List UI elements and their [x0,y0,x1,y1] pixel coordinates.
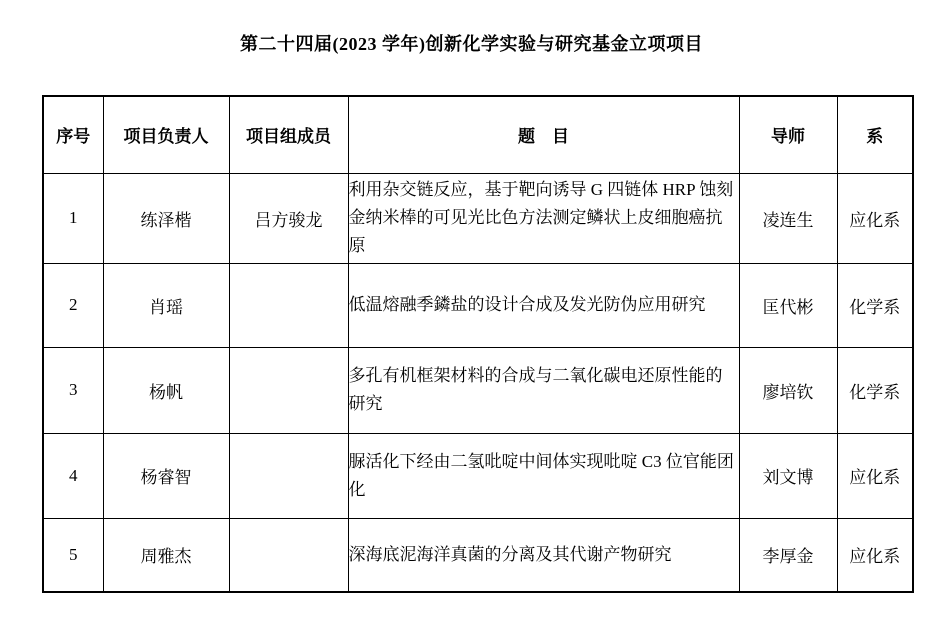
mentor-cell: 刘文博 [739,433,837,518]
table-row: 3 杨帆 多孔有机框架材料的合成与二氧化碳电还原性能的研究 廖培钦 化学系 [43,347,913,433]
topic-cell: 脲活化下经由二氢吡啶中间体实现吡啶 C3 位官能团化 [348,433,739,518]
members-cell [229,518,348,592]
topic-cell: 利用杂交链反应，基于靶向诱导 G 四链体 HRP 蚀刻金纳米棒的可见光比色方法测… [348,173,739,263]
table-row: 1 练泽楷 吕方骏龙 利用杂交链反应，基于靶向诱导 G 四链体 HRP 蚀刻金纳… [43,173,913,263]
leader-cell: 杨睿智 [103,433,229,518]
document-page: 第二十四届(2023 学年)创新化学实验与研究基金立项项目 序号 项目负责人 项… [0,0,943,625]
dept-cell: 化学系 [837,347,913,433]
leader-cell: 练泽楷 [103,173,229,263]
page-title: 第二十四届(2023 学年)创新化学实验与研究基金立项项目 [0,30,943,56]
topic-cell: 多孔有机框架材料的合成与二氧化碳电还原性能的研究 [348,347,739,433]
mentor-cell: 匡代彬 [739,263,837,347]
seq-cell: 2 [43,263,103,347]
seq-cell: 1 [43,173,103,263]
mentor-cell: 凌连生 [739,173,837,263]
table-row: 4 杨睿智 脲活化下经由二氢吡啶中间体实现吡啶 C3 位官能团化 刘文博 应化系 [43,433,913,518]
members-cell: 吕方骏龙 [229,173,348,263]
members-cell [229,263,348,347]
seq-cell: 3 [43,347,103,433]
column-header-seq: 序号 [43,96,103,173]
leader-cell: 周雅杰 [103,518,229,592]
dept-cell: 应化系 [837,433,913,518]
topic-cell: 低温熔融季鏻盐的设计合成及发光防伪应用研究 [348,263,739,347]
dept-cell: 应化系 [837,518,913,592]
dept-cell: 化学系 [837,263,913,347]
topic-cell: 深海底泥海洋真菌的分离及其代谢产物研究 [348,518,739,592]
mentor-cell: 李厚金 [739,518,837,592]
table-row: 5 周雅杰 深海底泥海洋真菌的分离及其代谢产物研究 李厚金 应化系 [43,518,913,592]
leader-cell: 肖瑶 [103,263,229,347]
column-header-members: 项目组成员 [229,96,348,173]
members-cell [229,347,348,433]
mentor-cell: 廖培钦 [739,347,837,433]
header-row: 序号 项目负责人 项目组成员 题 目 导师 系 [43,96,913,173]
table-row: 2 肖瑶 低温熔融季鏻盐的设计合成及发光防伪应用研究 匡代彬 化学系 [43,263,913,347]
column-header-mentor: 导师 [739,96,837,173]
column-header-topic: 题 目 [348,96,739,173]
dept-cell: 应化系 [837,173,913,263]
seq-cell: 5 [43,518,103,592]
project-table: 序号 项目负责人 项目组成员 题 目 导师 系 1 练泽楷 吕方骏龙 利用杂交链… [42,95,914,593]
leader-cell: 杨帆 [103,347,229,433]
column-header-dept: 系 [837,96,913,173]
column-header-leader: 项目负责人 [103,96,229,173]
members-cell [229,433,348,518]
seq-cell: 4 [43,433,103,518]
